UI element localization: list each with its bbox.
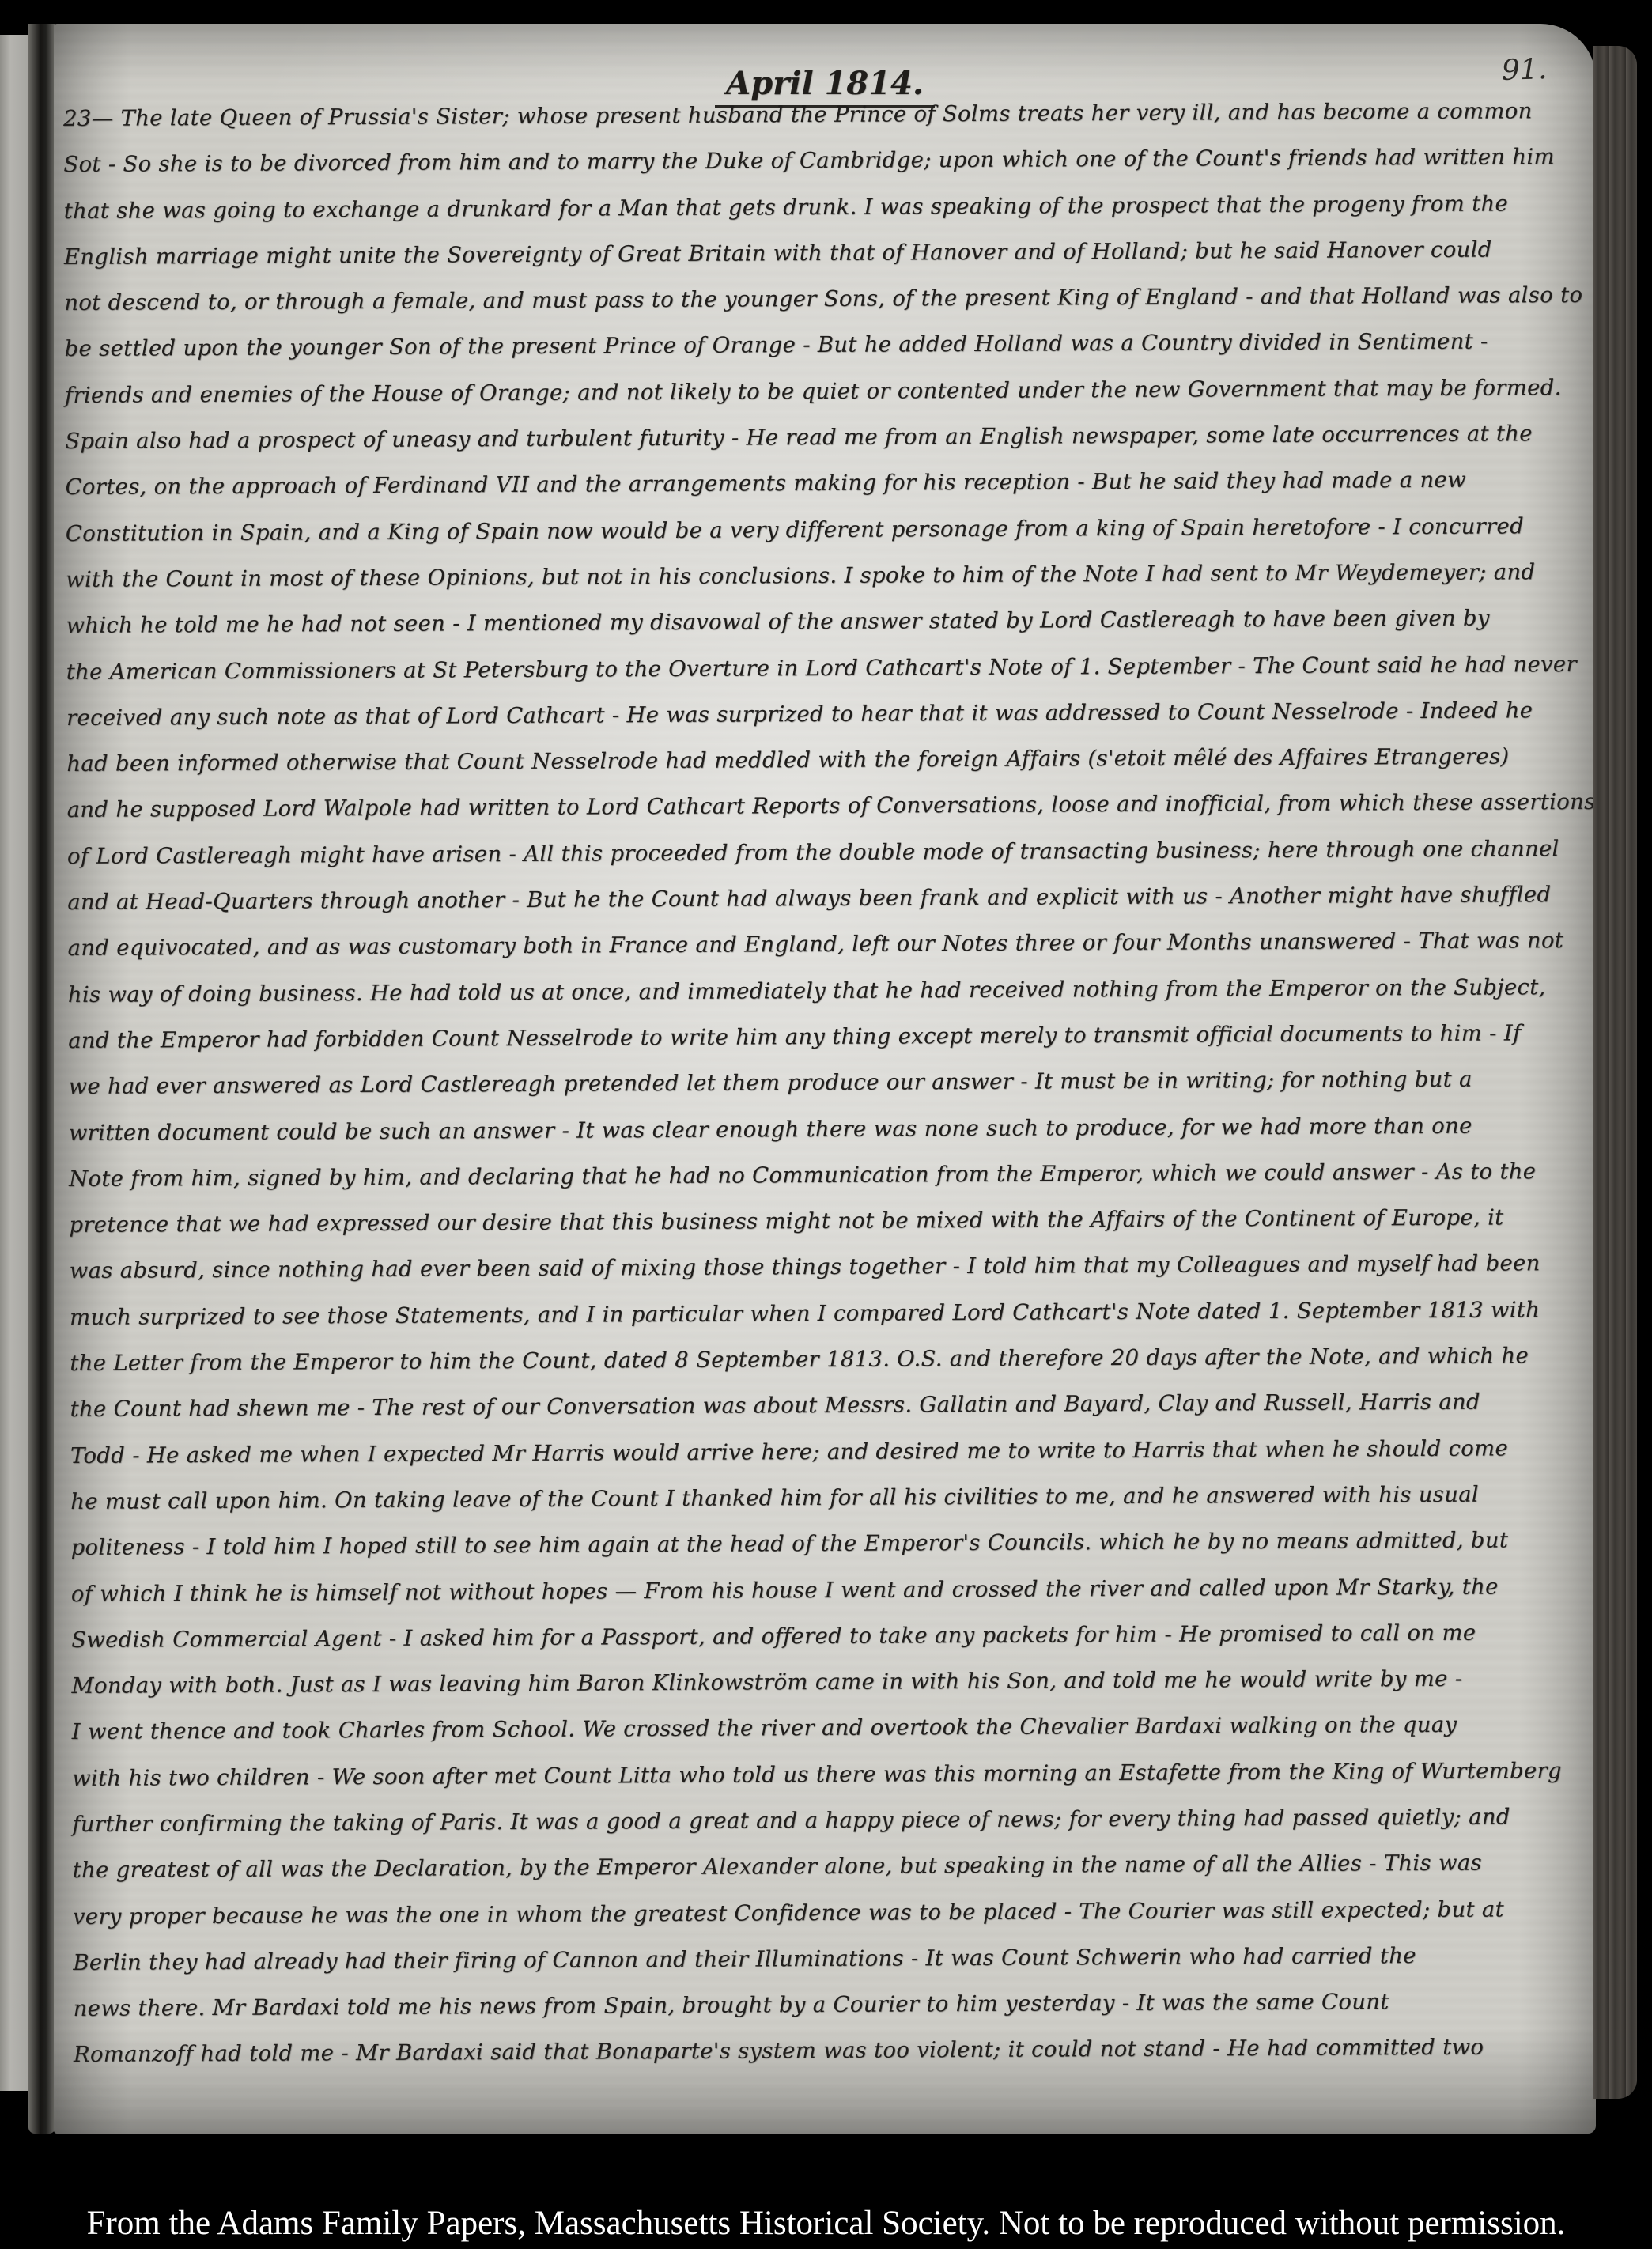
manuscript-line: his way of doing business. He had told u… — [68, 974, 1590, 1028]
manuscript-line: very proper because he was the one in wh… — [73, 1896, 1595, 1949]
manuscript-page: 91. April 1814. 23— The late Queen of Pr… — [54, 24, 1596, 2134]
manuscript-line: friends and enemies of the House of Oran… — [65, 375, 1587, 429]
manuscript-line: Note from him, signed by him, and declar… — [69, 1159, 1591, 1212]
manuscript-line: pretence that we had expressed our desir… — [69, 1204, 1591, 1258]
manuscript-line: written document could be such an answer… — [69, 1112, 1591, 1166]
manuscript-line: English marriage might unite the Soverei… — [64, 236, 1586, 290]
manuscript-line: received any such note as that of Lord C… — [66, 697, 1589, 751]
manuscript-line: not descend to, or through a female, and… — [64, 282, 1586, 336]
manuscript-line: the American Commissioners at St Petersb… — [66, 651, 1589, 705]
manuscript-line: that she was going to exchange a drunkar… — [64, 191, 1586, 244]
manuscript-line: Swedish Commercial Agent - I asked him f… — [71, 1620, 1593, 1673]
manuscript-line: had been informed otherwise that Count N… — [66, 743, 1589, 797]
manuscript-line: we had ever answered as Lord Castlereagh… — [68, 1066, 1590, 1120]
scanned-diary-page: 91. April 1814. 23— The late Queen of Pr… — [0, 0, 1652, 2249]
manuscript-line: was absurd, since nothing had ever been … — [70, 1250, 1592, 1304]
manuscript-line: the greatest of all was the Declaration,… — [73, 1850, 1595, 1903]
manuscript-line: news there. Mr Bardaxi told me his news … — [74, 1988, 1596, 2042]
manuscript-line: and the Emperor had forbidden Count Ness… — [68, 1020, 1590, 1074]
manuscript-line: 23— The late Queen of Prussia's Sister; … — [63, 98, 1586, 152]
manuscript-line: Cortes, on the approach of Ferdinand VII… — [65, 467, 1587, 520]
manuscript-line: the Count had shewn me - The rest of our… — [70, 1389, 1593, 1442]
manuscript-line: of which I think he is himself not witho… — [71, 1573, 1593, 1627]
manuscript-line: Berlin they had already had their firing… — [73, 1942, 1595, 1996]
manuscript-line: and at Head-Quarters through another - B… — [67, 882, 1590, 936]
manuscript-line: further confirming the taking of Paris. … — [72, 1804, 1594, 1858]
manuscript-line: and he supposed Lord Walpole had written… — [67, 789, 1590, 843]
facing-page-edge — [0, 35, 30, 2091]
manuscript-line: much surprized to see those Statements, … — [70, 1297, 1592, 1351]
closed-pages-edge — [1593, 46, 1637, 2099]
manuscript-line: be settled upon the younger Son of the p… — [65, 328, 1587, 382]
book-gutter — [28, 24, 55, 2134]
manuscript-line: with the Count in most of these Opinions… — [66, 559, 1588, 613]
manuscript-line: Monday with both. Just as I was leaving … — [71, 1665, 1593, 1719]
manuscript-line: and equivocated, and as was customary bo… — [67, 928, 1590, 981]
manuscript-line: Spain also had a prospect of uneasy and … — [65, 421, 1587, 474]
manuscript-line: politeness - I told him I hoped still to… — [70, 1527, 1593, 1581]
manuscript-line: Sot - So she is to be divorced from him … — [63, 144, 1586, 198]
manuscript-line: Todd - He asked me when I expected Mr Ha… — [70, 1435, 1593, 1489]
manuscript-line: Romanzoff had told me - Mr Bardaxi said … — [74, 2034, 1596, 2088]
manuscript-line: of Lord Castlereagh might have arisen - … — [67, 836, 1590, 890]
manuscript-line: which he told me he had not seen - I men… — [66, 605, 1588, 659]
manuscript-line: Constitution in Spain, and a King of Spa… — [66, 513, 1588, 567]
manuscript-line: with his two children - We soon after me… — [72, 1758, 1594, 1812]
manuscript-text: 23— The late Queen of Prussia's Sister; … — [63, 98, 1596, 2088]
manuscript-line: the Letter from the Emperor to him the C… — [70, 1343, 1592, 1397]
manuscript-line: I went thence and took Charles from Scho… — [72, 1711, 1594, 1765]
credit-caption: From the Adams Family Papers, Massachuse… — [0, 2204, 1652, 2243]
manuscript-line: he must call upon him. On taking leave o… — [70, 1481, 1593, 1535]
